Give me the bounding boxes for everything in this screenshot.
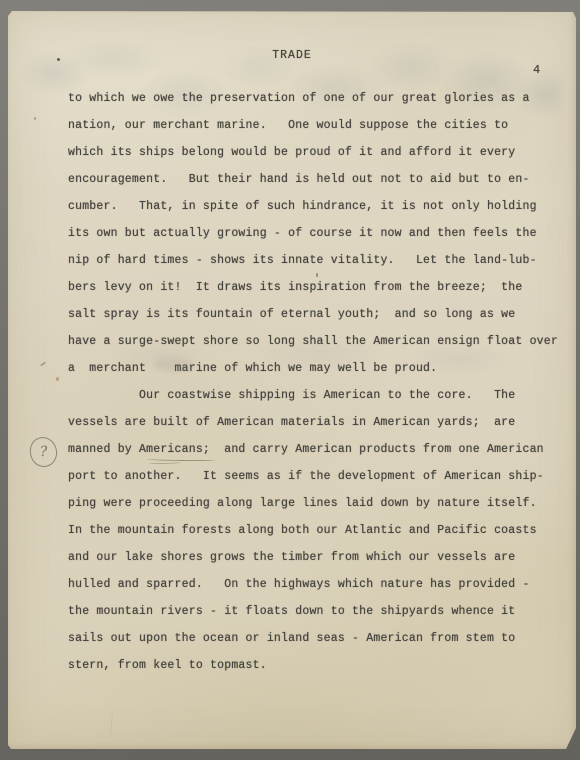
- typed-line: port to another. It seems as if the deve…: [68, 463, 568, 490]
- pencil-speck: [40, 361, 46, 366]
- typed-line: In the mountain forests along both our A…: [68, 517, 568, 544]
- typed-line: cumber. That, in spite of such hindrance…: [68, 193, 568, 220]
- page-number: 4: [533, 63, 540, 77]
- typed-lines: to which we owe the preservation of one …: [68, 85, 568, 679]
- erasure-smudge: [154, 358, 194, 372]
- paper-crease: [110, 711, 113, 737]
- typed-line: a merchant marine of which we may well b…: [68, 355, 568, 382]
- typed-line: which its ships belong would be proud of…: [68, 139, 568, 166]
- typed-line: nation, our merchant marine. One would s…: [68, 112, 568, 139]
- ink-speck: [34, 117, 36, 120]
- typed-line: its own but actually growing - of course…: [68, 220, 568, 247]
- document-page: TRADE 4 to which we owe the preservation…: [8, 11, 576, 749]
- ink-speck: [57, 58, 60, 61]
- typed-line: ping were proceeding along large lines l…: [68, 490, 568, 517]
- typed-line: salt spray is its fountain of eternal yo…: [68, 301, 568, 328]
- page-title: TRADE: [8, 49, 576, 62]
- typed-line: encouragement. But their hand is held ou…: [68, 166, 568, 193]
- margin-question-mark-annotation: ?: [28, 435, 60, 469]
- typed-line: stern, from keel to topmast.: [68, 652, 568, 679]
- typed-line: Our coastwise shipping is American to th…: [68, 382, 568, 409]
- typed-line: and our lake shores grows the timber fro…: [68, 544, 568, 571]
- typed-line: the mountain rivers - it floats down to …: [68, 598, 568, 625]
- scan-background: { "document": { "header": { "title": "TR…: [0, 0, 580, 760]
- typed-line: sails out upon the ocean or inland seas …: [68, 625, 568, 652]
- foxing-speck: [56, 377, 59, 381]
- ink-speck: [316, 273, 318, 277]
- typed-line: nip of hard times - shows its innate vit…: [68, 247, 568, 274]
- typed-line: to which we owe the preservation of one …: [68, 85, 568, 112]
- typed-line: manned by Americans; and carry American …: [68, 436, 568, 463]
- typed-line: hulled and sparred. On the highways whic…: [68, 571, 568, 598]
- question-mark-glyph: ?: [39, 444, 48, 460]
- typed-line: vessels are built of American materials …: [68, 409, 568, 436]
- typed-line: bers levy on it! It draws its inspiratio…: [68, 274, 568, 301]
- typed-line: have a surge-swept shore so long shall t…: [68, 328, 568, 355]
